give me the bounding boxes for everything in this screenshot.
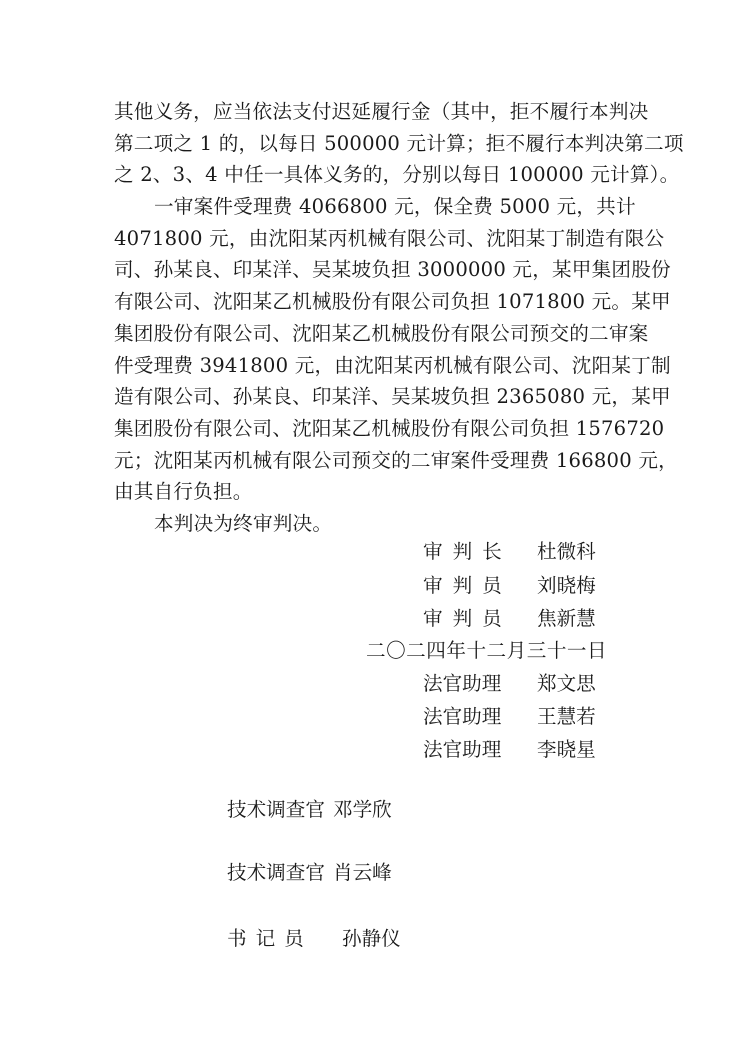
judges-signature-block: 审判长 杜微科 审判员 刘晓梅 审判员 焦新慧	[423, 536, 623, 636]
paragraph-line: 司、孙某良、印某洋、吴某坡负担 3000000 元，某甲集团股份	[114, 254, 626, 286]
person-name: 刘晓梅	[537, 570, 596, 602]
person-name: 王慧若	[537, 701, 596, 733]
person-name: 郑文思	[537, 668, 596, 700]
document-page: 其他义务，应当依法支付迟延履行金（其中，拒不履行本判决 第二项之 1 的，以每日…	[0, 0, 750, 1061]
person-name: 孙静仪	[342, 923, 401, 955]
person-name: 焦新慧	[537, 603, 596, 635]
person-name: 杜微科	[537, 536, 596, 568]
signature-row-assistant: 法官助理 王慧若	[423, 701, 623, 733]
signature-row-clerk: 书记员 孙静仪	[227, 923, 427, 955]
person-name: 李晓星	[537, 734, 596, 766]
role-label: 审判长	[423, 536, 512, 568]
signature-row-assistant: 法官助理 李晓星	[423, 734, 623, 766]
role-label: 审判员	[423, 570, 512, 602]
signature-row-technical-investigator: 技术调查官 邓学欣	[227, 794, 427, 826]
role-label: 书记员	[227, 923, 313, 955]
role-label: 法官助理	[423, 668, 501, 700]
role-label: 法官助理	[423, 701, 501, 733]
paragraph-line: 本判决为终审判决。	[114, 508, 626, 540]
judgment-date: 二〇二四年十二月三十一日	[366, 635, 607, 667]
person-name: 肖云峰	[333, 857, 392, 889]
signature-row-assistant: 法官助理 郑文思	[423, 668, 623, 700]
paragraph-line: 元；沈阳某丙机械有限公司预交的二审案件受理费 166800 元，	[114, 445, 626, 477]
paragraph-line: 第二项之 1 的，以每日 500000 元计算；拒不履行本判决第二项	[114, 128, 626, 160]
paragraph-line: 一审案件受理费 4066800 元，保全费 5000 元，共计	[114, 191, 626, 223]
signature-row-presiding-judge: 审判长 杜微科	[423, 536, 623, 568]
role-label: 技术调查官	[227, 794, 325, 826]
role-label: 审判员	[423, 603, 512, 635]
role-label: 技术调查官	[227, 857, 325, 889]
paragraph-line: 之 2、3、4 中任一具体义务的，分别以每日 100000 元计算）。	[114, 159, 626, 191]
paragraph-line: 其他义务，应当依法支付迟延履行金（其中，拒不履行本判决	[114, 96, 626, 128]
paragraph-line: 集团股份有限公司、沈阳某乙机械股份有限公司负担 1576720	[114, 413, 626, 445]
judgment-body: 其他义务，应当依法支付迟延履行金（其中，拒不履行本判决 第二项之 1 的，以每日…	[114, 96, 626, 540]
assistants-signature-block: 法官助理 郑文思 法官助理 王慧若 法官助理 李晓星	[423, 668, 623, 768]
paragraph-line: 件受理费 3941800 元，由沈阳某丙机械有限公司、沈阳某丁制	[114, 350, 626, 382]
paragraph-line: 集团股份有限公司、沈阳某乙机械股份有限公司预交的二审案	[114, 318, 626, 350]
paragraph-line: 造有限公司、孙某良、印某洋、吴某坡负担 2365080 元，某甲	[114, 381, 626, 413]
paragraph-line: 4071800 元，由沈阳某丙机械有限公司、沈阳某丁制造有限公	[114, 223, 626, 255]
signature-row-judge: 审判员 焦新慧	[423, 603, 623, 635]
paragraph-line: 由其自行负担。	[114, 476, 626, 508]
person-name: 邓学欣	[333, 794, 392, 826]
signature-row-technical-investigator: 技术调查官 肖云峰	[227, 857, 427, 889]
role-label: 法官助理	[423, 734, 501, 766]
paragraph-line: 有限公司、沈阳某乙机械股份有限公司负担 1071800 元。某甲	[114, 286, 626, 318]
signature-row-judge: 审判员 刘晓梅	[423, 570, 623, 602]
